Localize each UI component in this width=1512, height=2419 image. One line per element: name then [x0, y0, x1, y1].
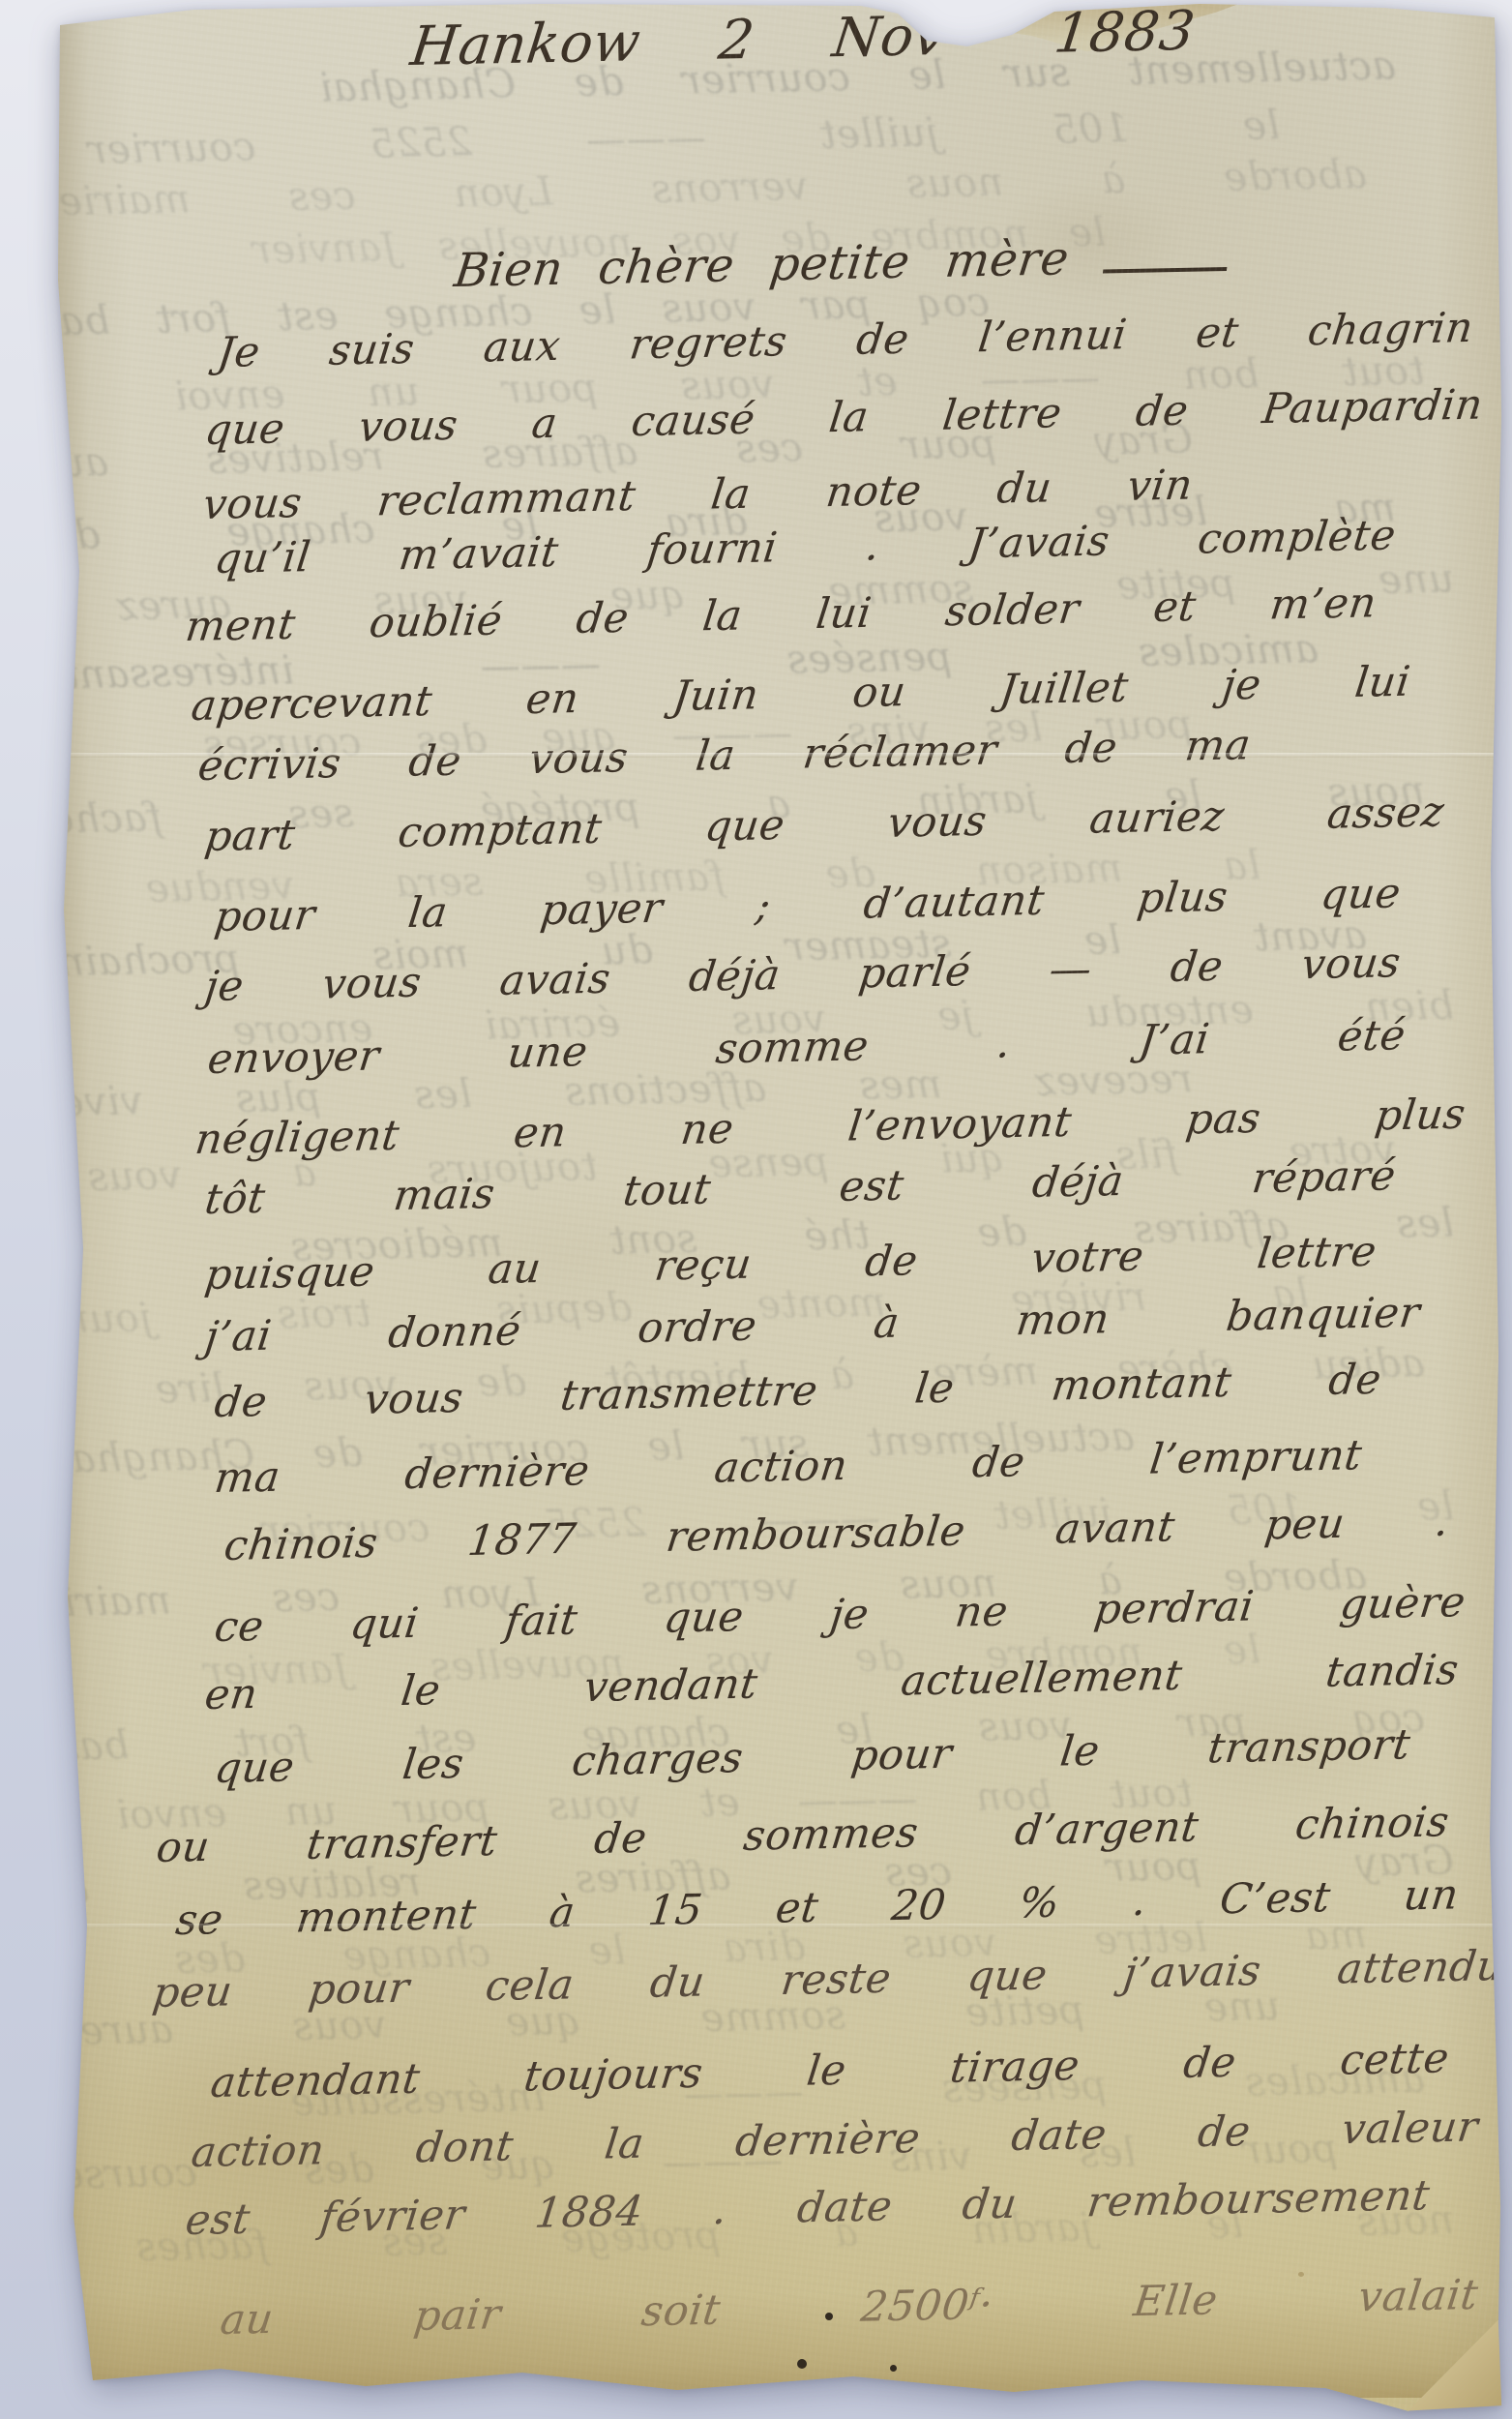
ellipsis-dot: [797, 2359, 807, 2369]
salutation-dash: [1103, 267, 1227, 274]
dateline-day: 2: [715, 9, 757, 73]
letter-line: aupairsoit2500ᶠ·Ellevalait: [218, 2271, 1481, 2344]
dateline-month: Novre: [829, 4, 980, 70]
foxing-speck: [571, 2384, 575, 2388]
ellipsis-dot: [825, 2313, 833, 2320]
dateline-year: 1883: [1051, 0, 1198, 66]
left-edge-shading: [54, 0, 132, 2419]
paper-wrapper: actuellementsurlecourrierdeChanghaile105…: [0, 0, 1512, 2419]
letter-paper: actuellementsurlecourrierdeChanghaile105…: [0, 0, 1512, 2419]
ellipsis-dot: [890, 2365, 897, 2372]
dateline-month-superscript: re: [944, 9, 979, 44]
letter-photo: actuellementsurlecourrierdeChanghaile105…: [0, 0, 1512, 2419]
dateline-place: Hankow: [407, 11, 644, 78]
foxing-speck: [321, 2382, 327, 2387]
